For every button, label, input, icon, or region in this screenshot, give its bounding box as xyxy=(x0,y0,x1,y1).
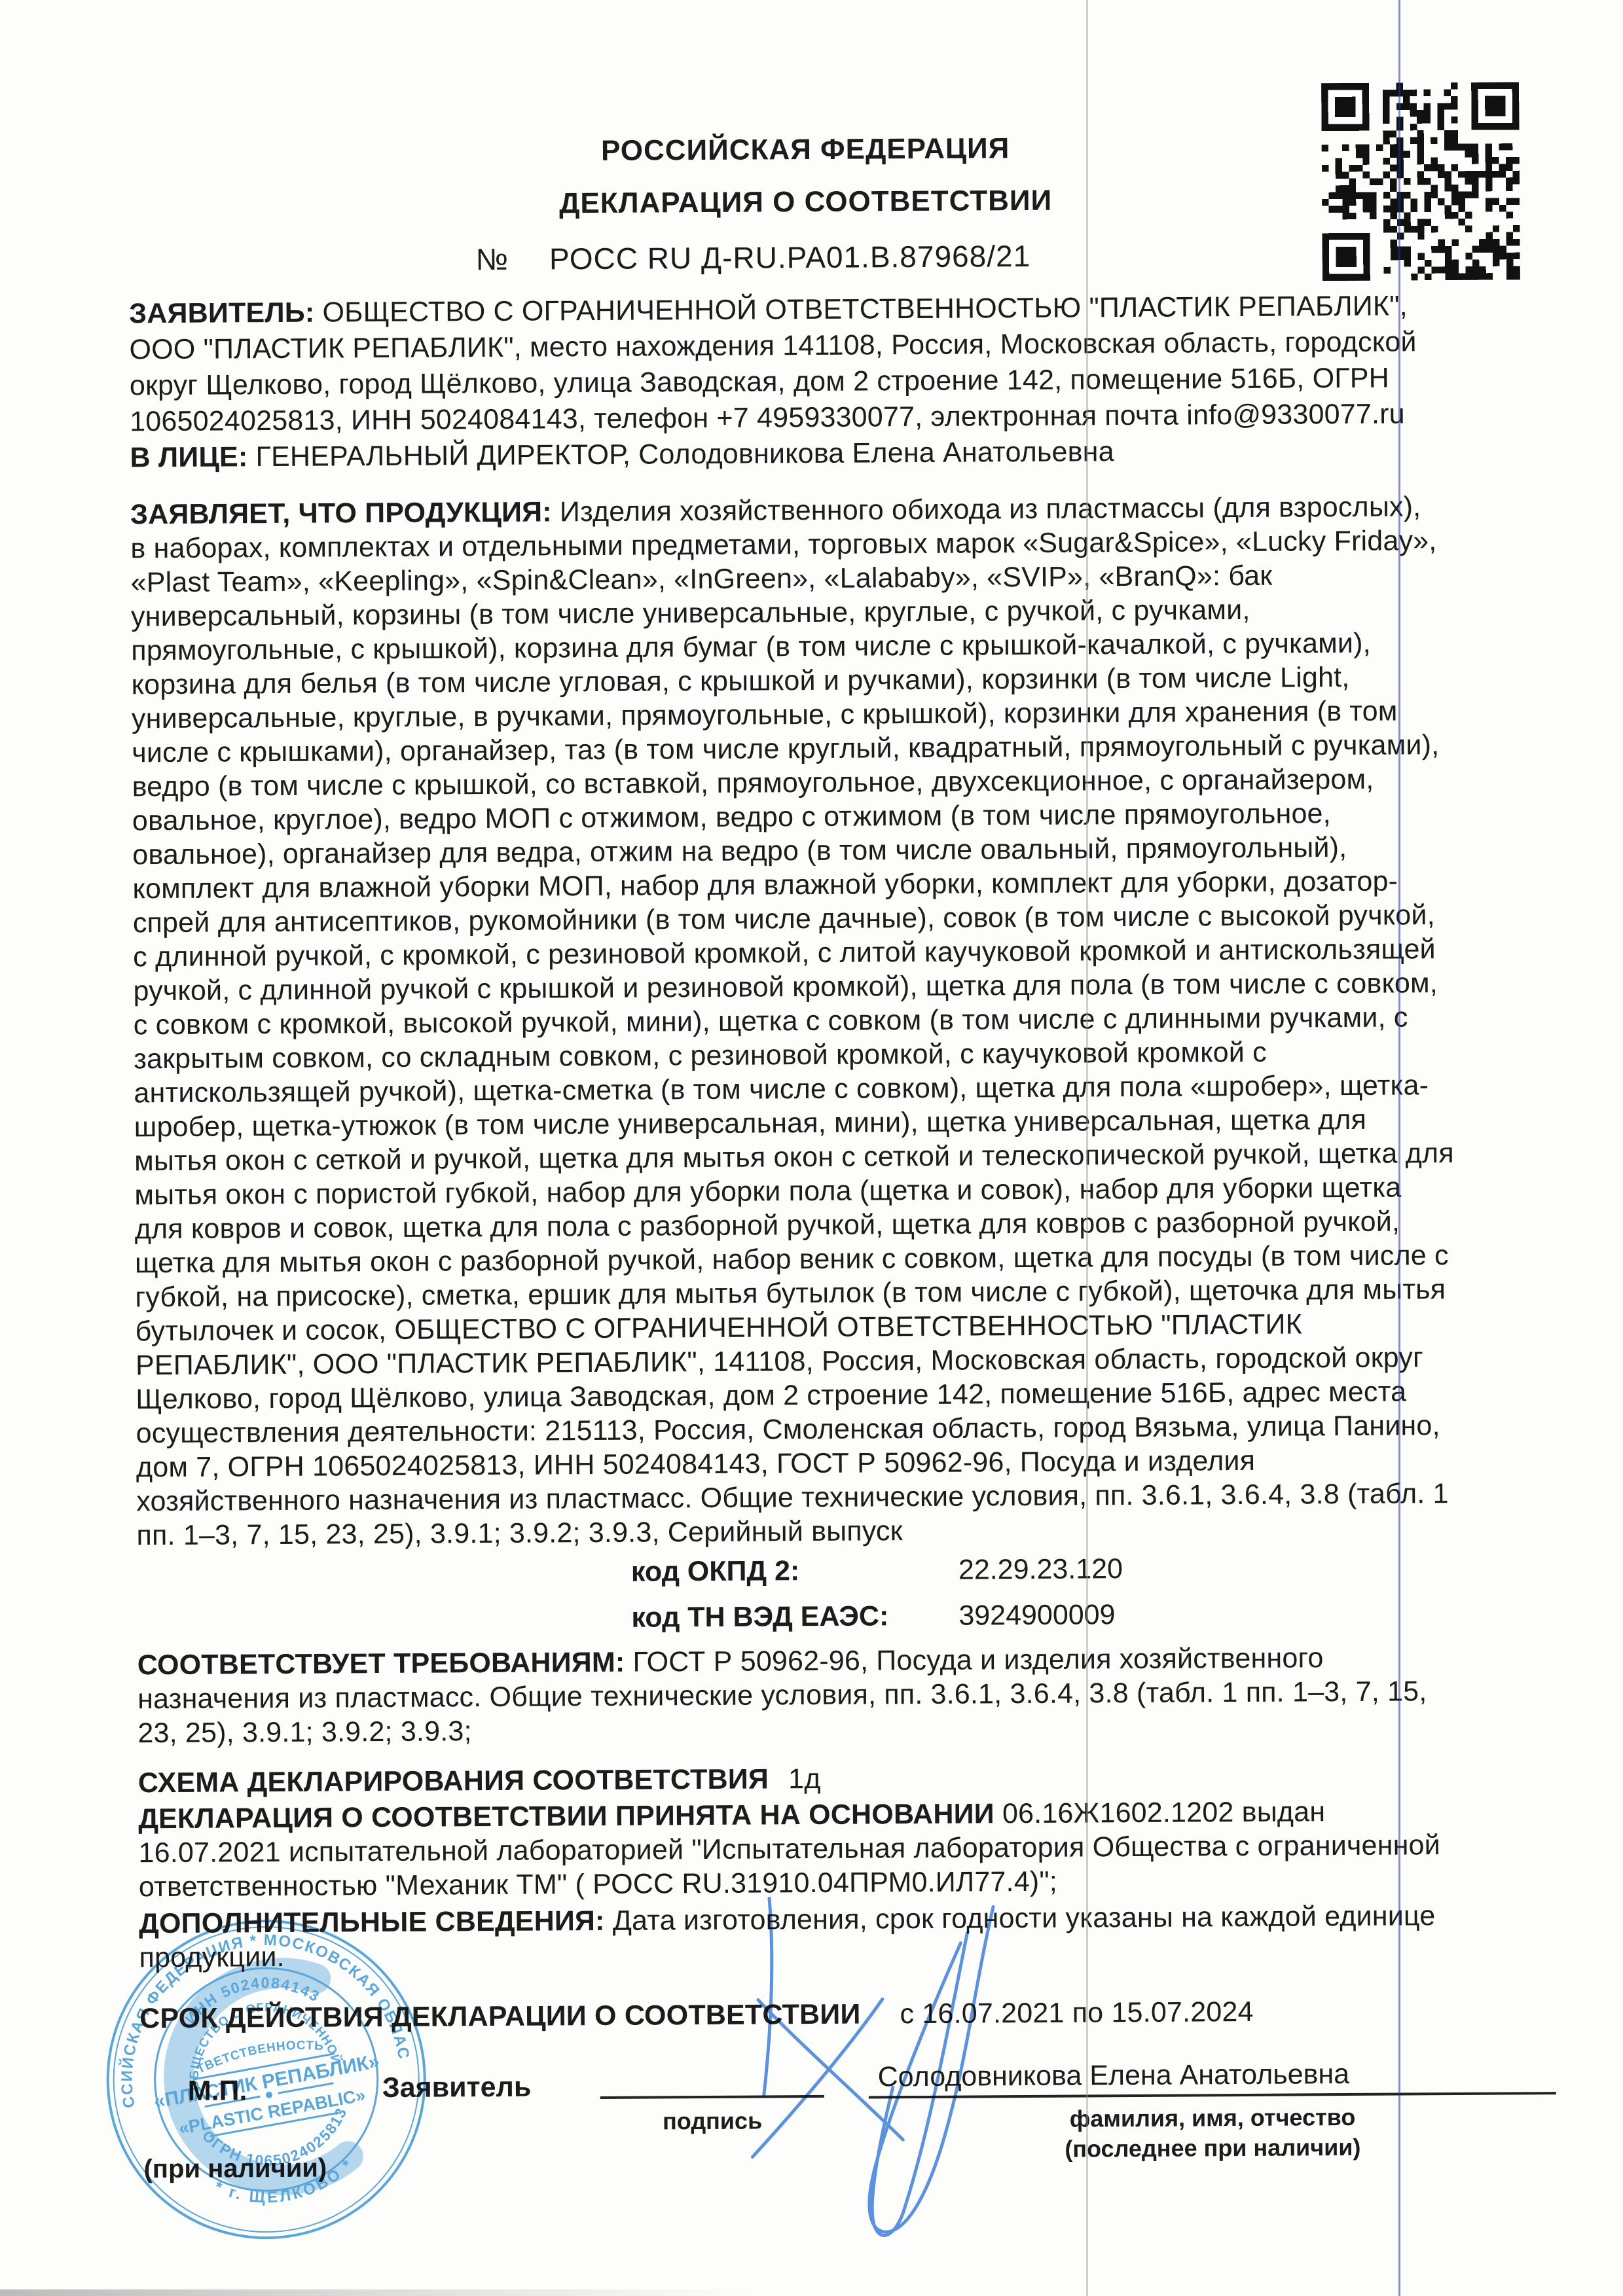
declaration-number: РОСС RU Д-RU.РА01.В.87968/21 xyxy=(549,239,1030,276)
scheme-label: СХЕМА ДЕКЛАРИРОВАНИЯ СООТВЕТСТВИЯ xyxy=(138,1763,769,1799)
okpd-value: 22.29.23.120 xyxy=(958,1552,1123,1587)
in-face-line: В ЛИЦЕ: ГЕНЕРАЛЬНЫЙ ДИРЕКТОР, Солодовник… xyxy=(130,431,1545,476)
in-face-label: В ЛИЦЕ: xyxy=(130,441,247,473)
qr-code xyxy=(1321,82,1520,281)
scan-edge-smudge xyxy=(0,2289,753,2296)
scheme-line: СХЕМА ДЕКЛАРИРОВАНИЯ СООТВЕТСТВИЯ 1д xyxy=(138,1757,1554,1800)
applicant-text: ОБЩЕСТВО С ОГРАНИЧЕННОЙ ОТВЕТСТВЕННОСТЬЮ… xyxy=(129,290,1416,437)
scheme-value: 1д xyxy=(788,1763,821,1795)
declaration-number-line: №РОСС RU Д-RU.РА01.В.87968/21 xyxy=(476,238,1031,277)
applicant-paragraph: ЗАЯВИТЕЛЬ: ОБЩЕСТВО С ОГРАНИЧЕННОЙ ОТВЕТ… xyxy=(129,287,1545,440)
scan-artifact-line-blue xyxy=(1398,0,1400,2296)
additional-label: ДОПОЛНИТЕЛЬНЫЕ СВЕДЕНИЯ: xyxy=(139,1905,605,1939)
document-sheet: РОССИЙСКАЯ ФЕДЕРАЦИЯ ДЕКЛАРАЦИЯ О СООТВЕ… xyxy=(0,0,1623,2296)
declares-label: ЗАЯВЛЯЕТ, ЧТО ПРОДУКЦИЯ: xyxy=(130,496,552,530)
scanned-declaration-page: { "colors": { "ink": "#1c1c1c", "stamp_b… xyxy=(0,0,1623,2296)
basis-label: ДЕКЛАРАЦИЯ О СООТВЕТСТВИИ ПРИНЯТА НА ОСН… xyxy=(138,1798,994,1835)
declares-text: Изделия хозяйственного обихода из пластм… xyxy=(130,491,1454,1551)
in-face-text: ГЕНЕРАЛЬНЫЙ ДИРЕКТОР, Солодовникова Елен… xyxy=(255,436,1114,473)
number-sign: № xyxy=(476,242,509,276)
declares-paragraph: ЗАЯВЛЯЕТ, ЧТО ПРОДУКЦИЯ: Изделия хозяйст… xyxy=(130,489,1552,1552)
signature xyxy=(685,1857,1055,2265)
tnved-value: 3924900009 xyxy=(958,1598,1115,1632)
tnved-code-row: код ТН ВЭД ЕАЭС: 3924900009 xyxy=(3,1594,1623,1604)
scan-artifact-line-gray xyxy=(1086,0,1088,2296)
okpd-label: код ОКПД 2: xyxy=(631,1554,800,1589)
conforms-label: СООТВЕТСТВУЕТ ТРЕБОВАНИЯМ: xyxy=(137,1647,625,1681)
conforms-paragraph: СООТВЕТСТВУЕТ ТРЕБОВАНИЯМ: ГОСТ Р 50962-… xyxy=(137,1640,1554,1750)
applicant-label: ЗАЯВИТЕЛЬ: xyxy=(129,297,314,330)
tnved-label: код ТН ВЭД ЕАЭС: xyxy=(631,1599,888,1634)
